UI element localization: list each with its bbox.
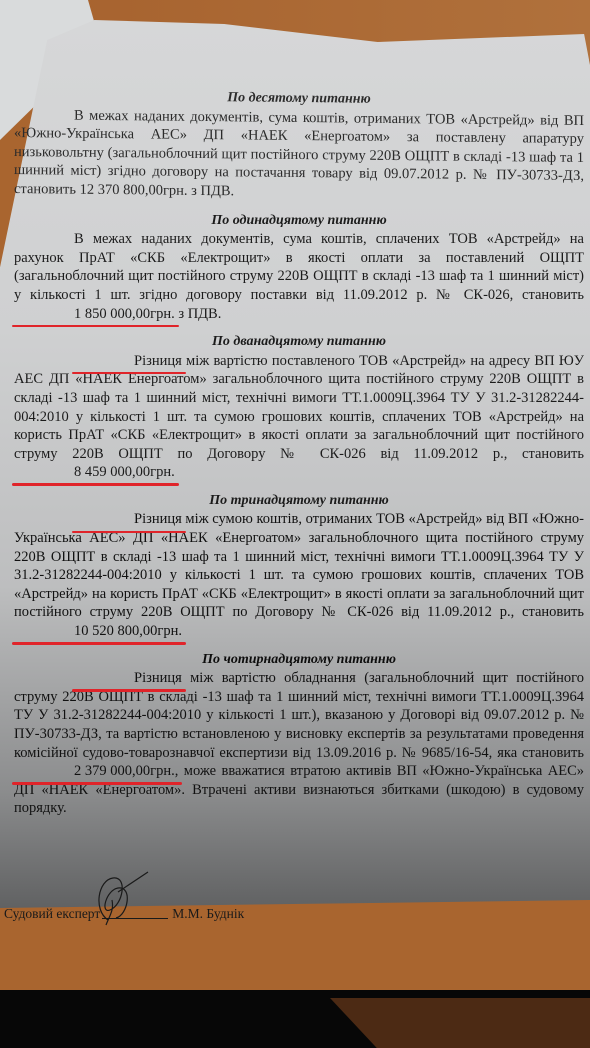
section-paragraph: В межах наданих документів, сума коштів,… [14, 230, 584, 323]
highlighted-lead-word: Різниця [74, 510, 182, 529]
highlighted-lead-word: Різниця [74, 669, 182, 688]
signer-role: Судовий експерт [4, 906, 100, 922]
section-title: По одинадцятому питанню [14, 212, 584, 231]
signer-name: М.М. Буднік [172, 906, 244, 922]
document-body: По десятому питанню В межах наданих доку… [14, 90, 584, 828]
highlighted-amount: 8 459 000,00грн. [14, 463, 175, 482]
highlighted-lead-word: Різниця [74, 352, 182, 371]
paragraph-text: Різниця між вартістю поставленого ТОВ «А… [14, 352, 584, 482]
highlighted-amount: 2 379 000,00грн., [14, 762, 178, 781]
handwritten-signature-icon [88, 870, 158, 930]
section-title: По тринадцятому питанню [14, 492, 584, 511]
section-paragraph: Різниця між сумою коштів, отриманих ТОВ … [14, 510, 584, 640]
section-13: По тринадцятому питанню Різниця між сумо… [14, 492, 584, 641]
section-11: По одинадцятому питанню В межах наданих … [14, 212, 584, 324]
section-10: По десятому питанню В межах наданих доку… [14, 87, 584, 205]
section-paragraph: Різниця між вартістю поставленого ТОВ «А… [14, 352, 584, 482]
highlighted-amount: 10 520 800,00грн. [14, 622, 182, 641]
section-12: По дванадцятому питанню Різниця між варт… [14, 333, 584, 482]
section-title: По дванадцятому питанню [14, 333, 584, 352]
signature-line [102, 918, 168, 919]
paragraph-text: В межах наданих документів, сума коштів,… [14, 106, 584, 205]
paragraph-text: В межах наданих документів, сума коштів,… [14, 230, 584, 323]
section-title: По чотирнадцятому питанню [14, 651, 584, 670]
signature-block: Судовий експерт М.М. Буднік [4, 906, 244, 922]
paragraph-text-after: з ПДВ. [175, 306, 222, 322]
section-paragraph: Різниця між вартістю обладнання (загальн… [14, 669, 584, 818]
paragraph-text: Різниця між вартістю обладнання (загальн… [14, 669, 584, 818]
section-paragraph: В межах наданих документів, сума коштів,… [14, 106, 584, 205]
paragraph-text: Різниця між сумою коштів, отриманих ТОВ … [14, 510, 584, 640]
highlighted-amount: 1 850 000,00грн. [14, 305, 175, 324]
section-14: По чотирнадцятому питанню Різниця між ва… [14, 651, 584, 818]
paragraph-text-before: В межах наданих документів, сума коштів,… [14, 231, 584, 303]
